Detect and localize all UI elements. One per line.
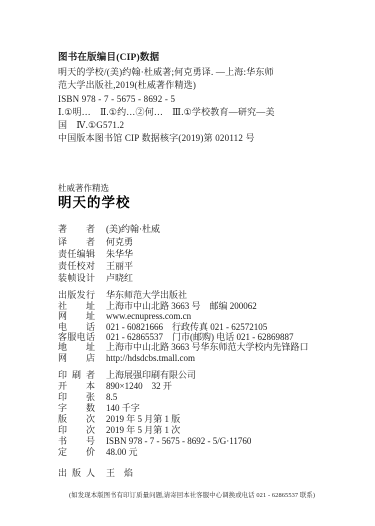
field-value: 140 千字	[106, 403, 140, 413]
field-label: 出版人	[58, 467, 95, 479]
cip-line: Ⅰ.①明… Ⅱ.①约…②何… Ⅲ.①学校教育—研究—美	[58, 106, 319, 119]
field-label: 责任校对	[58, 260, 95, 272]
publisher-row: 地址上海市中山北路 3663 号华东师范大学校内先锋路口	[58, 342, 319, 352]
field-label: 印刷者	[58, 370, 95, 381]
credit-row: 装帧设计卢晓红	[58, 272, 319, 284]
field-label: 地址	[58, 342, 95, 352]
field-label: 定价	[58, 447, 95, 458]
field-value: 890×1240 32 开	[106, 381, 172, 391]
publisher-row: 电话021 - 60821666 行政传真 021 - 62572105	[58, 322, 319, 332]
publisher-row: 网址www.ecnupress.com.cn	[58, 311, 319, 321]
printing-row: 印次2019 年 5 月第 1 次	[58, 425, 319, 436]
field-value: (美)约翰·杜威	[106, 224, 160, 234]
field-value: 2019 年 5 月第 1 次	[106, 425, 180, 435]
publisher-row: 出版发行华东师范大学出版社	[58, 290, 319, 300]
printing-row: 定价48.00 元	[58, 447, 319, 458]
field-label: 客服电话	[58, 332, 95, 342]
field-label: 出版发行	[58, 290, 95, 300]
book-title: 明天的学校	[58, 194, 319, 211]
field-label: 电话	[58, 322, 95, 332]
field-value: 上海市中山北路 3663 号 邮编 200062	[106, 301, 257, 311]
printing-block: 印刷者上海展强印刷有限公司 开本890×1240 32 开 印张8.5 字数14…	[58, 370, 319, 457]
publisher-row: 客服电话021 - 62865537 门市(邮购) 电话 021 - 62869…	[58, 332, 319, 342]
printing-row: 字数140 千字	[58, 403, 319, 414]
printing-row: 书号ISBN 978 - 7 - 5675 - 8692 - 5/G·11760	[58, 436, 319, 447]
publisher-row: 社址上海市中山北路 3663 号 邮编 200062	[58, 301, 319, 311]
field-value: 上海展强印刷有限公司	[106, 370, 196, 380]
field-label: 网店	[58, 353, 95, 363]
field-value: 王 焰	[106, 468, 133, 478]
field-value: 华东师范大学出版社	[106, 290, 187, 300]
field-value: 8.5	[106, 392, 117, 402]
publisher-person-block: 出版人王 焰	[58, 467, 319, 479]
cip-line: 明天的学校/(美)约翰·杜威著;何克勇译. —上海:华东师	[58, 66, 319, 79]
publisher-block: 出版发行华东师范大学出版社 社址上海市中山北路 3663 号 邮编 200062…	[58, 290, 319, 363]
printing-row: 开本890×1240 32 开	[58, 381, 319, 392]
publisher-store-url: http://hdsdcbs.tmall.com	[106, 353, 195, 363]
field-label: 网址	[58, 311, 95, 321]
cip-line: 中国版本图书馆 CIP 数据核字(2019)第 020112 号	[58, 132, 319, 145]
publisher-website: www.ecnupress.com.cn	[106, 311, 191, 321]
publisher-person-row: 出版人王 焰	[58, 467, 319, 479]
cip-block: 图书在版编目(CIP)数据 明天的学校/(美)约翰·杜威著;何克勇译. —上海:…	[58, 52, 319, 145]
credit-row: 著者(美)约翰·杜威	[58, 223, 319, 235]
credits-block: 著者(美)约翰·杜威 译者何克勇 责任编辑朱华华 责任校对王丽平 装帧设计卢晓红	[58, 223, 319, 284]
credit-row: 责任编辑朱华华	[58, 248, 319, 260]
field-value: 021 - 62865537 门市(邮购) 电话 021 - 62869887	[106, 332, 294, 342]
publisher-row: 网店http://hdsdcbs.tmall.com	[58, 353, 319, 363]
cip-line: 国 Ⅳ.①G571.2	[58, 119, 319, 132]
field-value: 上海市中山北路 3663 号华东师范大学校内先锋路口	[106, 342, 309, 352]
field-label: 社址	[58, 301, 95, 311]
field-label: 印次	[58, 425, 95, 436]
field-label: 书号	[58, 436, 95, 447]
printing-row: 印刷者上海展强印刷有限公司	[58, 370, 319, 381]
field-value: 朱华华	[106, 249, 133, 259]
field-label: 译者	[58, 236, 95, 248]
field-label: 开本	[58, 381, 95, 392]
isbn-value: ISBN 978 - 7 - 5675 - 8692 - 5/G·11760	[106, 436, 251, 446]
series-name: 杜威著作精选	[58, 183, 319, 194]
cip-heading: 图书在版编目(CIP)数据	[58, 52, 319, 65]
price-value: 48.00 元	[106, 447, 138, 457]
field-label: 责任编辑	[58, 248, 95, 260]
field-label: 著者	[58, 223, 95, 235]
credit-row: 责任校对王丽平	[58, 260, 319, 272]
copyright-page: 图书在版编目(CIP)数据 明天的学校/(美)约翰·杜威著;何克勇译. —上海:…	[0, 0, 375, 526]
field-value: 021 - 60821666 行政传真 021 - 62572105	[106, 322, 267, 332]
cip-line: ISBN 978 - 7 - 5675 - 8692 - 5	[58, 93, 319, 106]
printing-row: 印张8.5	[58, 392, 319, 403]
field-label: 字数	[58, 403, 95, 414]
credit-row: 译者何克勇	[58, 236, 319, 248]
field-value: 2019 年 5 月第 1 版	[106, 414, 180, 424]
field-label: 印张	[58, 392, 95, 403]
printing-row: 版次2019 年 5 月第 1 版	[58, 414, 319, 425]
field-label: 装帧设计	[58, 272, 95, 284]
quality-notice: (如发现本版图书有印订质量问题,请寄回本社客服中心调换或电话 021 - 628…	[69, 492, 319, 500]
field-value: 卢晓红	[106, 273, 133, 283]
cip-line: 范大学出版社,2019(杜威著作精选)	[58, 79, 319, 92]
field-label: 版次	[58, 414, 95, 425]
field-value: 王丽平	[106, 261, 133, 271]
field-value: 何克勇	[106, 237, 133, 247]
